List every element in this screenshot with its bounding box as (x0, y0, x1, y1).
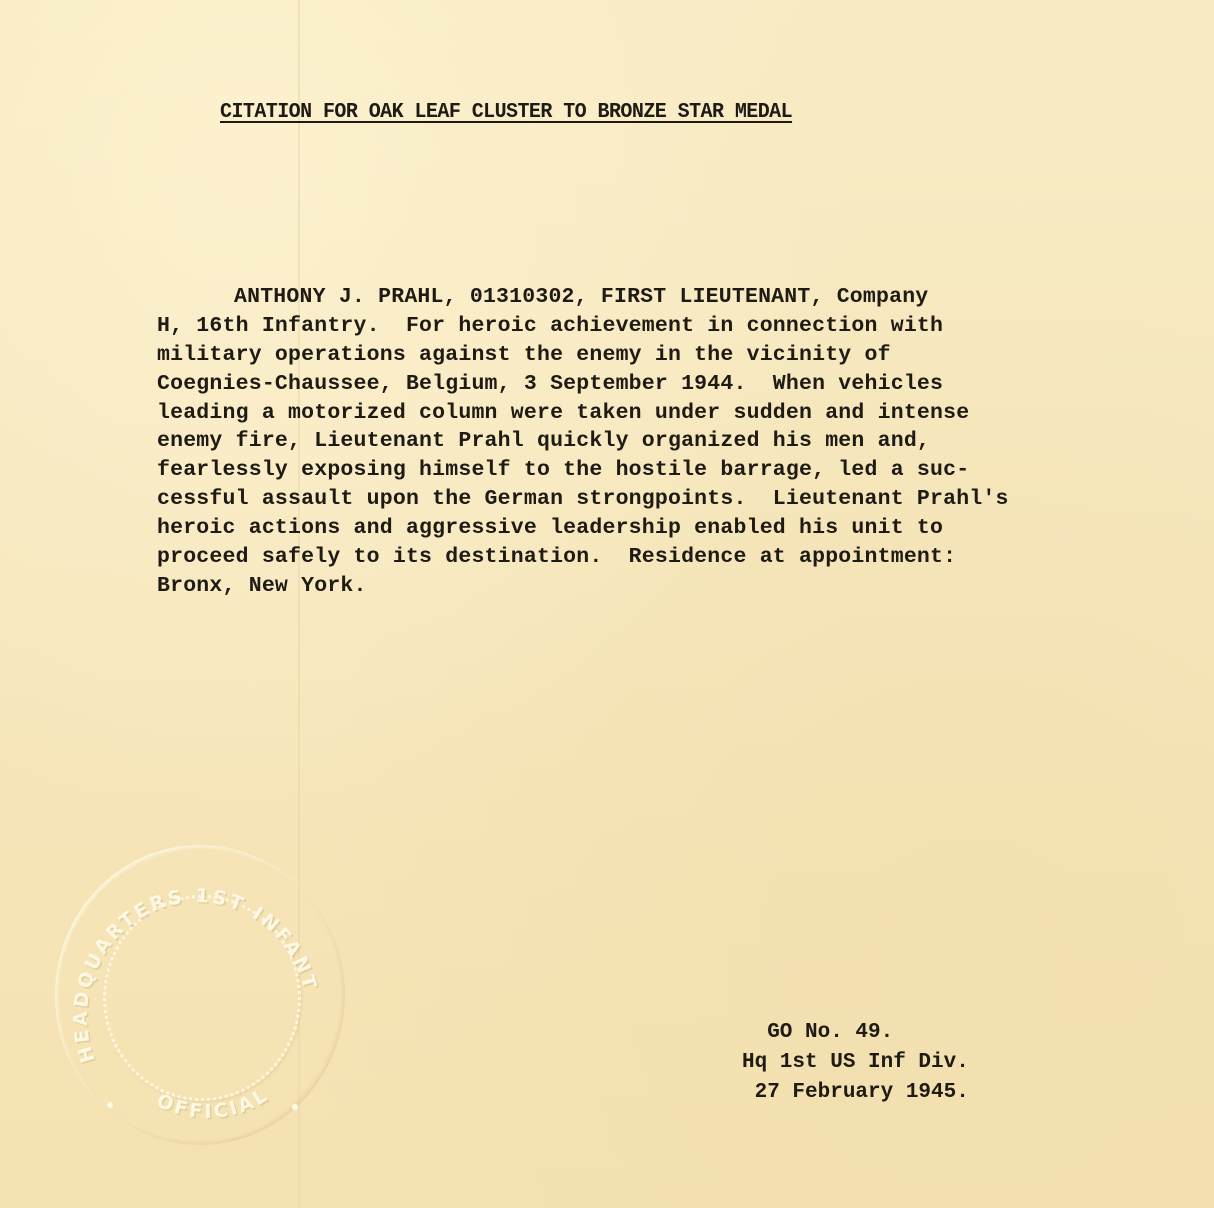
citation-body: ANTHONY J. PRAHL, 01310302, FIRST LIEUTE… (157, 283, 1117, 601)
body-line: ANTHONY J. PRAHL, 01310302, FIRST LIEUTE… (157, 283, 1117, 312)
general-order-block: GO No. 49. Hq 1st US Inf Div. 27 Februar… (742, 1018, 1022, 1108)
seal-star-left-icon (107, 1102, 113, 1108)
body-line: Bronx, New York. (157, 572, 1117, 601)
body-line: H, 16th Infantry. For heroic achievement… (157, 312, 1117, 341)
body-line: enemy fire, Lieutenant Prahl quickly org… (157, 427, 1117, 456)
svg-text:HEADQUARTERS 1ST INFANTRY: HEADQUARTERS 1ST INFANTRY (55, 845, 321, 1065)
body-line: Coegnies-Chaussee, Belgium, 3 September … (157, 370, 1117, 399)
seal-top-text: HEADQUARTERS 1ST INFANTRY (55, 845, 321, 1065)
body-line: proceed safely to its destination. Resid… (157, 543, 1117, 572)
embossed-seal: HEADQUARTERS 1ST INFANTRY HEADQUARTERS 1… (55, 845, 345, 1145)
body-line: heroic actions and aggressive leadership… (157, 514, 1117, 543)
issuing-unit: Hq 1st US Inf Div. (742, 1048, 1022, 1078)
body-line: cessful assault upon the German strongpo… (157, 485, 1117, 514)
body-line: fearlessly exposing himself to the hosti… (157, 456, 1117, 485)
general-order-number: GO No. 49. (742, 1018, 1022, 1048)
body-line: military operations against the enemy in… (157, 341, 1117, 370)
document-title: CITATION FOR OAK LEAF CLUSTER TO BRONZE … (220, 100, 904, 124)
order-date: 27 February 1945. (742, 1078, 1022, 1108)
seal-star-right-icon (292, 1104, 298, 1110)
body-line: leading a motorized column were taken un… (157, 399, 1117, 428)
seal-text-ring: HEADQUARTERS 1ST INFANTRY HEADQUARTERS 1… (55, 845, 345, 1145)
